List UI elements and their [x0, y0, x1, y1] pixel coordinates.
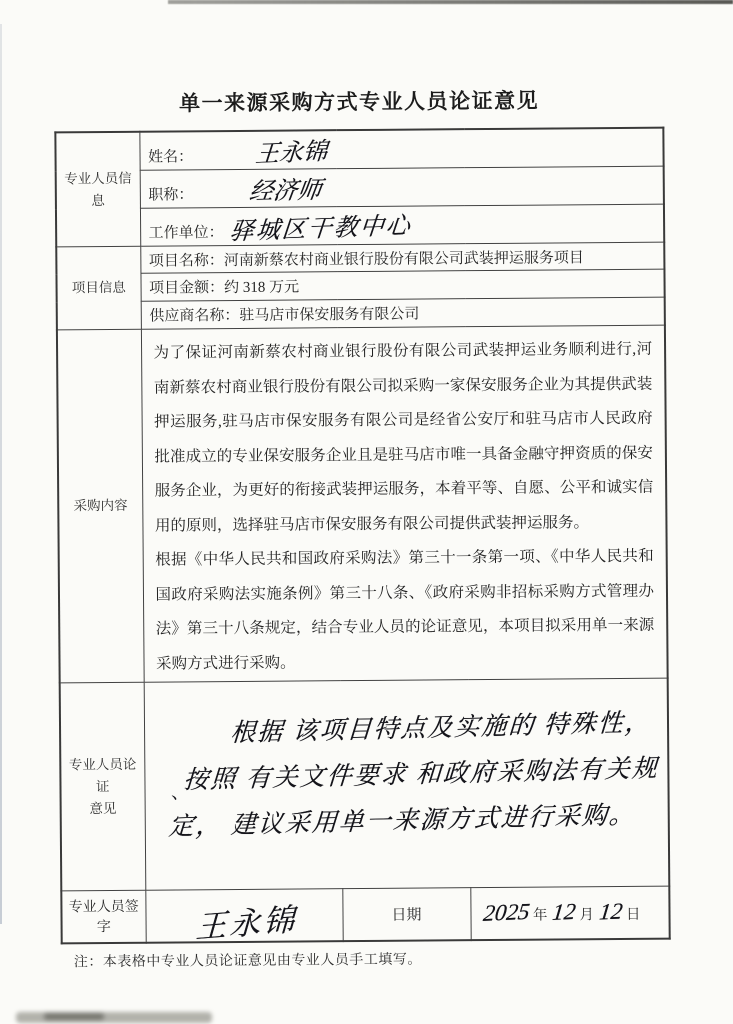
date-cell: 2025年12月12日	[470, 886, 669, 940]
procurement-paragraph-1: 为了保证河南新蔡农村商业银行股份有限公司武装押运业务顺利进行,河南新蔡农村商业银…	[153, 333, 653, 544]
handwritten-signature: 王永锦	[194, 894, 298, 943]
date-month-handwritten: 12	[551, 899, 577, 926]
field-project-amount: 项目金额：约 318 万元	[140, 269, 664, 301]
date-day-unit: 日	[626, 907, 641, 923]
field-project-name: 项目名称：河南新蔡农村商业银行股份有限公司武装押运服务项目	[140, 242, 664, 273]
table-row: 专业人员论证 意见 、 根据 该项目特点及实施的 特殊性， 按照 有关文件要求 …	[60, 678, 670, 891]
date-day-handwritten: 12	[597, 899, 623, 926]
footnote: 注：本表格中专业人员论证意见由专业人员手工填写。	[74, 946, 671, 971]
section-label-procurement-content: 采购内容	[57, 329, 144, 683]
project-amount-value: 约 318 万元	[224, 279, 299, 296]
scan-artifact-bottom-smudge	[16, 1012, 212, 1023]
expert-opinion-handwritten: 、 根据 该项目特点及实施的 特殊性， 按照 有关文件要求 和政府采购法有关规 …	[144, 678, 670, 890]
scan-artifact-top-edge	[168, 0, 733, 4]
section-label-professional-info: 专业人员信息	[55, 132, 140, 247]
section-label-project-info: 项目信息	[56, 246, 141, 330]
job-title-handwritten-value: 经济师	[247, 170, 324, 207]
procurement-paragraph-2: 根据《中华人民共和国政府采购法》第三十一条第一项、《中华人民共和国政府采购法实施…	[155, 540, 655, 682]
signature-label: 专业人员签字	[61, 890, 145, 943]
date-year-handwritten: 2025	[481, 899, 530, 927]
job-title-label: 职称：	[148, 187, 193, 203]
signature-cell: 王永锦	[145, 889, 342, 943]
project-name-value: 河南新蔡农村商业银行股份有限公司武装押运服务项目	[224, 250, 584, 269]
table-row: 专业人员签字 王永锦 日期 2025年12月12日	[61, 886, 669, 943]
scan-artifact-left-edge	[0, 24, 2, 924]
project-name-label: 项目名称：	[149, 253, 224, 270]
supplier-name-value: 驻马店市保安服务有限公司	[239, 307, 419, 324]
name-label: 姓名：	[148, 149, 193, 165]
procurement-content-text: 为了保证河南新蔡农村商业银行股份有限公司武装押运业务顺利进行,河南新蔡农村商业银…	[141, 325, 668, 682]
date-month-unit: 月	[579, 907, 594, 923]
page-title: 单一来源采购方式专业人员论证意见	[54, 84, 664, 119]
expert-opinion-label-line1: 专业人员论证	[64, 753, 141, 798]
field-name: 姓名：王永锦	[139, 128, 663, 171]
table-row: 专业人员信息 姓名：王永锦	[55, 128, 663, 171]
expert-opinion-label-line2: 意见	[65, 797, 142, 820]
project-amount-label: 项目金额：	[149, 280, 224, 297]
supplier-name-label: 供应商名称：	[149, 308, 239, 325]
field-job-title: 职称：经济师	[140, 166, 664, 208]
work-unit-label: 工作单位：	[149, 225, 224, 242]
opinion-handwriting-block: 根据 该项目特点及实施的 特殊性， 按照 有关文件要求 和政府采购法有关规 定，…	[153, 700, 659, 851]
work-unit-handwritten-value: 驿城区干教中心	[228, 205, 413, 246]
table-row: 职称：经济师	[56, 166, 664, 209]
section-label-expert-opinion: 专业人员论证 意见	[60, 682, 146, 891]
form-table: 专业人员信息 姓名：王永锦 职称：经济师 工作单位：驿城区干教中心 项目信息 项…	[54, 127, 670, 944]
scanned-form-sheet: 单一来源采购方式专业人员论证意见 专业人员信息 姓名：王永锦 职称：经济师 工作…	[54, 84, 671, 971]
name-handwritten-value: 王永锦	[254, 131, 329, 169]
field-supplier-name: 供应商名称：驻马店市保安服务有限公司	[141, 297, 665, 329]
date-year-unit: 年	[533, 908, 548, 924]
table-row: 采购内容 为了保证河南新蔡农村商业银行股份有限公司武装押运业务顺利进行,河南新蔡…	[57, 325, 668, 683]
date-label: 日期	[342, 888, 470, 941]
table-row: 工作单位：驿城区干教中心	[56, 204, 664, 247]
field-work-unit: 工作单位：驿城区干教中心	[140, 204, 664, 246]
